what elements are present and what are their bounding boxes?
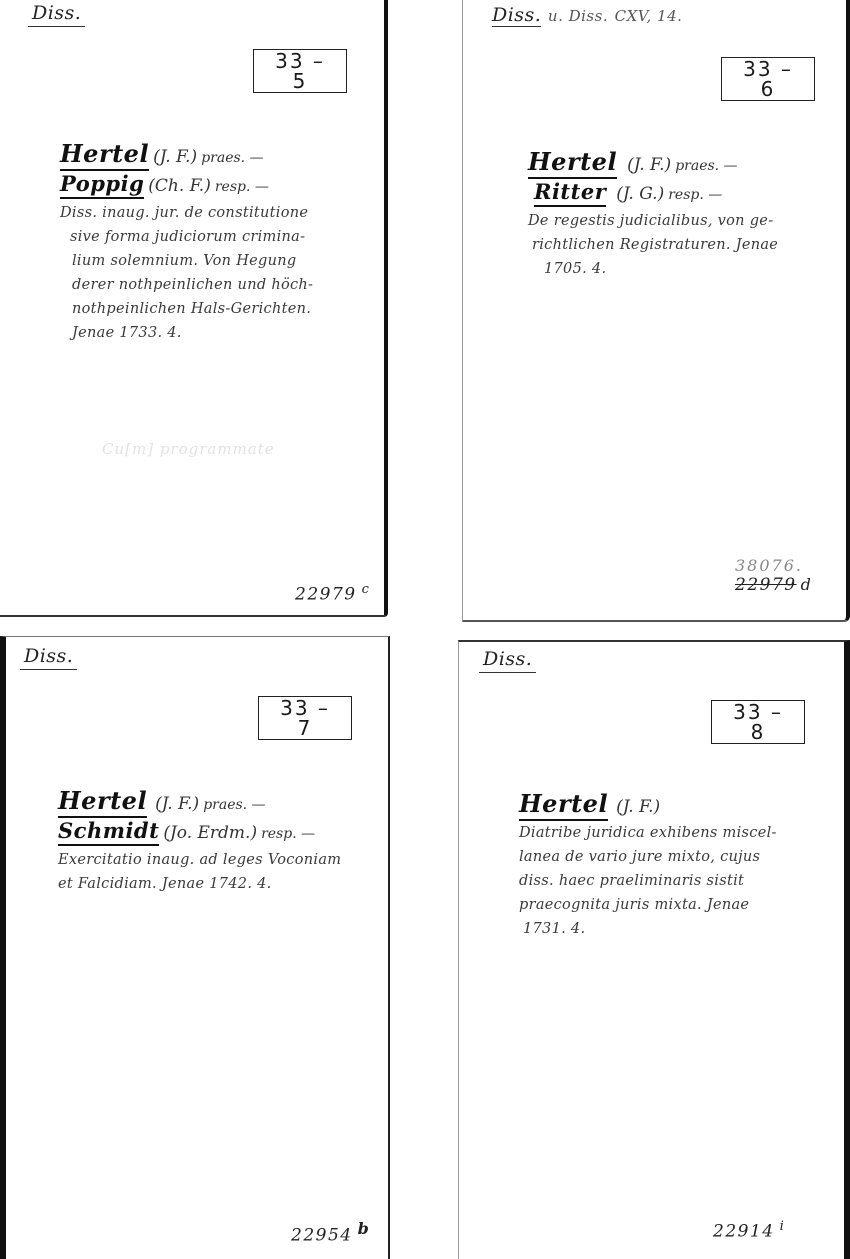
title-line: lanea de vario jure mixto, cujus [519,845,777,869]
accession-number: 22954b [291,1219,370,1246]
imprint-line: Jenae 1733. 4. [60,321,313,345]
second-author-initials: (J. G.) [616,184,664,204]
accession-digits: 22979 [735,575,797,595]
accession-number-new: 38076. [735,556,812,575]
accession-number-stack: 38076. 22979d [735,556,812,595]
author-line: Hertel(J. F.)praes. — [528,150,778,178]
accession-digits: 22954 [291,1226,353,1246]
author-surname: Hertel [528,147,617,179]
accession-suffix: d [801,575,813,594]
second-author-surname: Schmidt [58,818,159,846]
second-author-role: resp. — [261,826,315,842]
second-author-line: Ritter(J. G.)resp. — [528,180,778,207]
author-surname: Hertel [58,786,147,818]
author-surname: Hertel [519,789,608,821]
title-line: Diss. inaug. jur. de constitutione [60,201,313,225]
title-line: derer nothpeinlichen und höch- [60,273,313,297]
call-number-box: 33 – 8 [711,700,805,744]
faint-pencil-note: Cu[m] programmate [102,440,275,458]
author-role: praes. — [675,158,737,174]
second-author-line: Poppig(Ch. F.)resp. — [60,172,313,199]
title-line: praecognita juris mixta. Jenae [519,893,777,917]
second-author-role: resp. — [668,187,722,203]
second-author-line: Schmidt(Jo. Erdm.)resp. — [58,819,341,846]
accession-digits: 22979 [295,585,357,605]
catalog-entry: Hertel(J. F.) Diatribe juridica exhibens… [519,792,777,941]
title-line: sive forma judiciorum crimina- [60,225,313,249]
header-tail: , 14. [647,7,683,25]
author-line: Hertel(J. F.) [519,792,777,819]
second-author-role: resp. — [215,179,269,195]
catalog-card-33-6: Diss. u. Diss. CXV, 14. 33 – 6 Hertel(J.… [462,0,850,622]
author-role: praes. — [201,150,263,166]
title-line: Exercitatio inaug. ad leges Voconiam [58,848,341,872]
title-line: Diatribe juridica exhibens miscel- [519,821,777,845]
title-line: richtlichen Registraturen. Jenae [528,233,778,257]
title-line: lium solemnium. Von Hegung [60,249,313,273]
header-roman-numeral: CXV [615,7,647,25]
header-mark: Diss. [20,645,77,670]
accession-number: 22979c [295,582,370,605]
call-number-box: 33 – 5 [253,49,347,93]
author-initials: (J. F.) [155,794,199,814]
header-mark-group: Diss. u. Diss. CXV, 14. [488,4,686,28]
author-initials: (J. F.) [627,155,671,175]
author-line: Hertel(J. F.)praes. — [60,142,313,170]
author-line: Hertel(J. F.)praes. — [58,789,341,817]
catalog-entry: Hertel(J. F.)praes. — Poppig(Ch. F.)resp… [60,142,313,345]
catalog-entry: Hertel(J. F.)praes. — Ritter(J. G.)resp.… [528,150,778,281]
accession-number: 22914i [713,1219,785,1242]
accession-suffix: i [780,1219,786,1234]
imprint-line: et Falcidiam. Jenae 1742. 4. [58,872,341,896]
author-initials: (J. F.) [153,147,197,167]
accession-suffix: b [358,1219,371,1238]
accession-number-struck: 22979d [735,575,812,595]
title-line: nothpeinlichen Hals-Gerichten. [60,297,313,321]
title-line: diss. haec praeliminaris sistit [519,869,777,893]
second-author-initials: (Jo. Erdm.) [163,823,257,843]
accession-digits: 22914 [713,1222,775,1242]
author-initials: (J. F.) [616,797,660,817]
imprint-line: 1705. 4. [528,257,778,281]
title-line: De regestis judicialibus, von ge- [528,209,778,233]
header-extra: u. Diss. [548,7,608,25]
call-number-box: 33 – 7 [258,696,352,740]
catalog-card-33-8: Diss. 33 – 8 Hertel(J. F.) Diatribe juri… [458,640,850,1259]
header-mark: Diss. [492,4,541,27]
catalog-card-33-5: Diss. 33 – 5 Hertel(J. F.)praes. — Poppi… [0,0,388,617]
second-author-surname: Poppig [60,171,144,199]
imprint-line: 1731. 4. [519,917,777,941]
catalog-entry: Hertel(J. F.)praes. — Schmidt(Jo. Erdm.)… [58,789,341,896]
catalog-card-33-7: Diss. 33 – 7 Hertel(J. F.)praes. — Schmi… [0,636,390,1259]
author-role: praes. — [203,797,265,813]
accession-suffix: c [362,582,371,597]
second-author-initials: (Ch. F.) [148,176,211,196]
call-number-box: 33 – 6 [721,57,815,101]
header-mark: Diss. [28,2,85,27]
author-surname: Hertel [60,139,149,171]
header-mark: Diss. [479,648,536,673]
second-author-surname: Ritter [534,179,606,207]
